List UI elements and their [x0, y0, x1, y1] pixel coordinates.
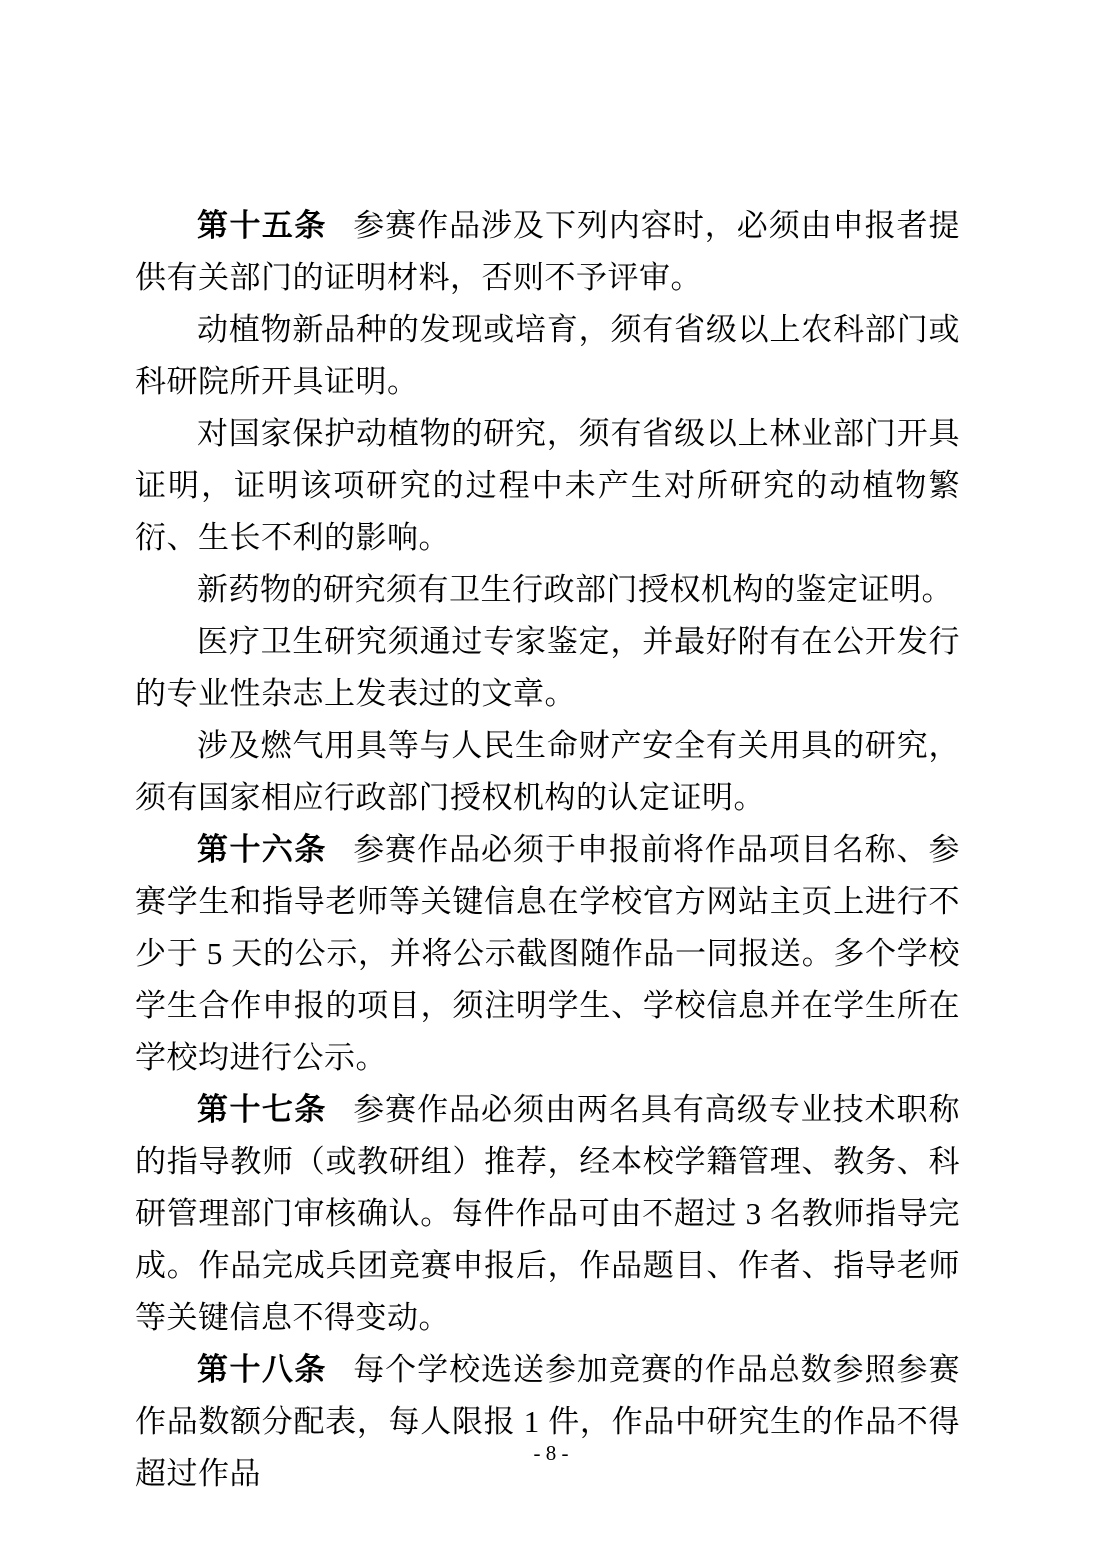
paragraph-article-17: 第十七条参赛作品必须由两名具有高级专业技术职称的指导教师（或教研组）推荐，经本校…	[135, 1084, 960, 1344]
paragraph-animal-plant-species: 动植物新品种的发现或培育，须有省级以上农科部门或科研院所开具证明。	[135, 304, 960, 408]
article-18-heading: 第十八条	[197, 1352, 327, 1387]
paragraph-text: 医疗卫生研究须通过专家鉴定，并最好附有在公开发行的专业性杂志上发表过的文章。	[135, 624, 960, 711]
paragraph-protected-species: 对国家保护动植物的研究，须有省级以上林业部门开具证明，证明该项研究的过程中未产生…	[135, 408, 960, 564]
paragraph-new-drugs: 新药物的研究须有卫生行政部门授权机构的鉴定证明。	[135, 564, 960, 616]
paragraph-text: 动植物新品种的发现或培育，须有省级以上农科部门或科研院所开具证明。	[135, 312, 960, 399]
paragraph-text: 新药物的研究须有卫生行政部门授权机构的鉴定证明。	[197, 572, 953, 607]
paragraph-gas-appliances: 涉及燃气用具等与人民生命财产安全有关用具的研究，须有国家相应行政部门授权机构的认…	[135, 720, 960, 824]
paragraph-medical-research: 医疗卫生研究须通过专家鉴定，并最好附有在公开发行的专业性杂志上发表过的文章。	[135, 616, 960, 720]
paragraph-text: 对国家保护动植物的研究，须有省级以上林业部门开具证明，证明该项研究的过程中未产生…	[135, 416, 960, 555]
document-page: 第十五条参赛作品涉及下列内容时，必须由申报者提供有关部门的证明材料，否则不予评审…	[0, 0, 1102, 1559]
document-body: 第十五条参赛作品涉及下列内容时，必须由申报者提供有关部门的证明材料，否则不予评审…	[135, 200, 960, 1500]
page-number: - 8 -	[0, 1438, 1102, 1468]
paragraph-article-16: 第十六条参赛作品必须于申报前将作品项目名称、参赛学生和指导老师等关键信息在学校官…	[135, 824, 960, 1084]
paragraph-text: 参赛作品必须于申报前将作品项目名称、参赛学生和指导老师等关键信息在学校官方网站主…	[135, 832, 960, 1075]
paragraph-article-15: 第十五条参赛作品涉及下列内容时，必须由申报者提供有关部门的证明材料，否则不予评审…	[135, 200, 960, 304]
article-16-heading: 第十六条	[197, 832, 327, 867]
article-15-heading: 第十五条	[197, 208, 327, 243]
paragraph-article-18: 第十八条每个学校选送参加竞赛的作品总数参照参赛作品数额分配表，每人限报 1 件，…	[135, 1344, 960, 1500]
article-17-heading: 第十七条	[197, 1092, 327, 1127]
paragraph-text: 参赛作品必须由两名具有高级专业技术职称的指导教师（或教研组）推荐，经本校学籍管理…	[135, 1092, 960, 1335]
paragraph-text: 涉及燃气用具等与人民生命财产安全有关用具的研究，须有国家相应行政部门授权机构的认…	[135, 728, 960, 815]
